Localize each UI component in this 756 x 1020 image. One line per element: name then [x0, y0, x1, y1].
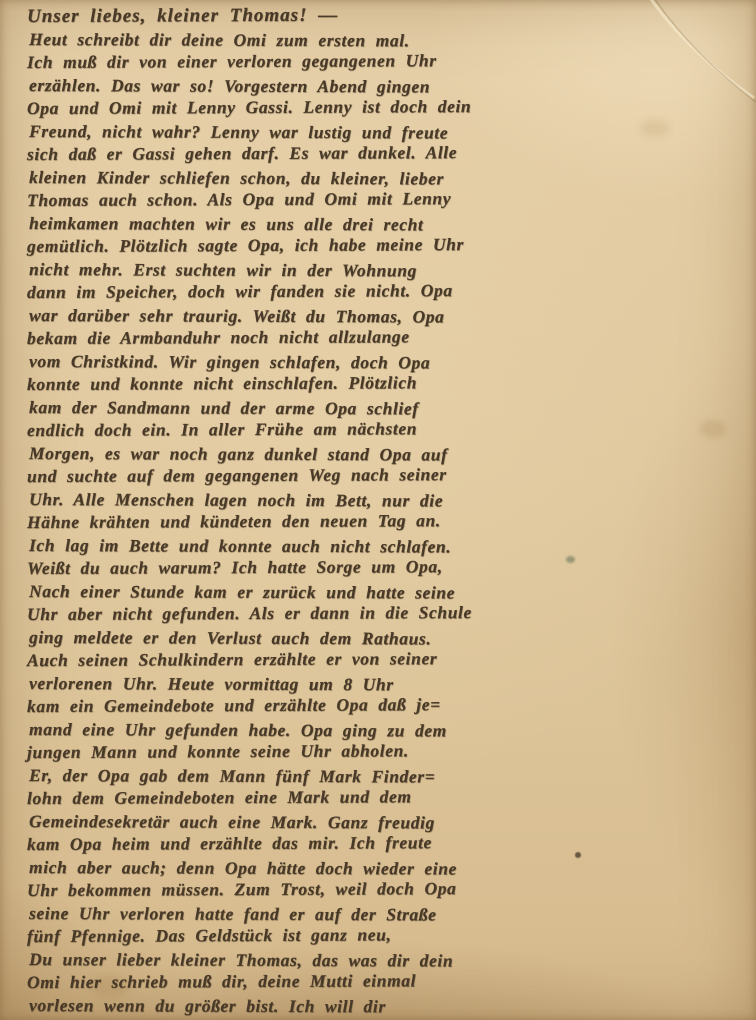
letter-line: Omi hier schrieb muß dir, deine Mutti ei…	[27, 968, 750, 994]
letter-line: kam Opa heim und erzählte das mir. Ich f…	[27, 830, 750, 856]
letter-line: und suchte auf dem gegangenen Weg nach s…	[27, 462, 750, 488]
letter-line: gemütlich. Plötzlich sagte Opa, ich habe…	[27, 232, 750, 258]
letter-line: Auch seinen Schulkindern erzählte er von…	[27, 646, 750, 672]
letter-line: endlich doch ein. In aller Frühe am näch…	[27, 416, 750, 442]
letter-line: Hähne krähten und kündeten den neuen Tag…	[27, 508, 750, 534]
letter-line: Unser liebes, kleiner Thomas! —	[27, 2, 750, 28]
letter-line: sich daß er Gassi gehen darf. Es war dun…	[27, 140, 750, 166]
letter-line: Uhr aber nicht gefunden. Als er dann in …	[27, 600, 750, 626]
letter-line: Uhr bekommen müssen. Zum Trost, weil doc…	[27, 876, 750, 902]
letter-line: dann im Speicher, doch wir fanden sie ni…	[27, 278, 750, 304]
letter-line: Ich muß dir von einer verloren gegangene…	[27, 48, 750, 74]
letter-body: Unser liebes, kleiner Thomas! —Heut schr…	[27, 5, 750, 1017]
letter-line: Thomas auch schon. Als Opa und Omi mit L…	[27, 186, 750, 212]
letter-line: Opa und Omi mit Lenny Gassi. Lenny ist d…	[27, 94, 750, 120]
letter-line: vorlesen wenn du größer bist. Ich will d…	[29, 994, 752, 1020]
letter-line: kam ein Gemeindebote und erzählte Opa da…	[27, 692, 750, 718]
letter-line: jungen Mann und konnte seine Uhr abholen…	[27, 738, 750, 764]
letter-page: Unser liebes, kleiner Thomas! —Heut schr…	[0, 0, 756, 1020]
letter-line: bekam die Armbanduhr noch nicht allzulan…	[27, 324, 750, 350]
letter-line: fünf Pfennige. Das Geldstück ist ganz ne…	[27, 922, 750, 948]
letter-line: konnte und konnte nicht einschlafen. Plö…	[27, 370, 750, 396]
letter-line: Weißt du auch warum? Ich hatte Sorge um …	[27, 554, 750, 580]
letter-line: lohn dem Gemeindeboten eine Mark und dem	[27, 784, 750, 810]
